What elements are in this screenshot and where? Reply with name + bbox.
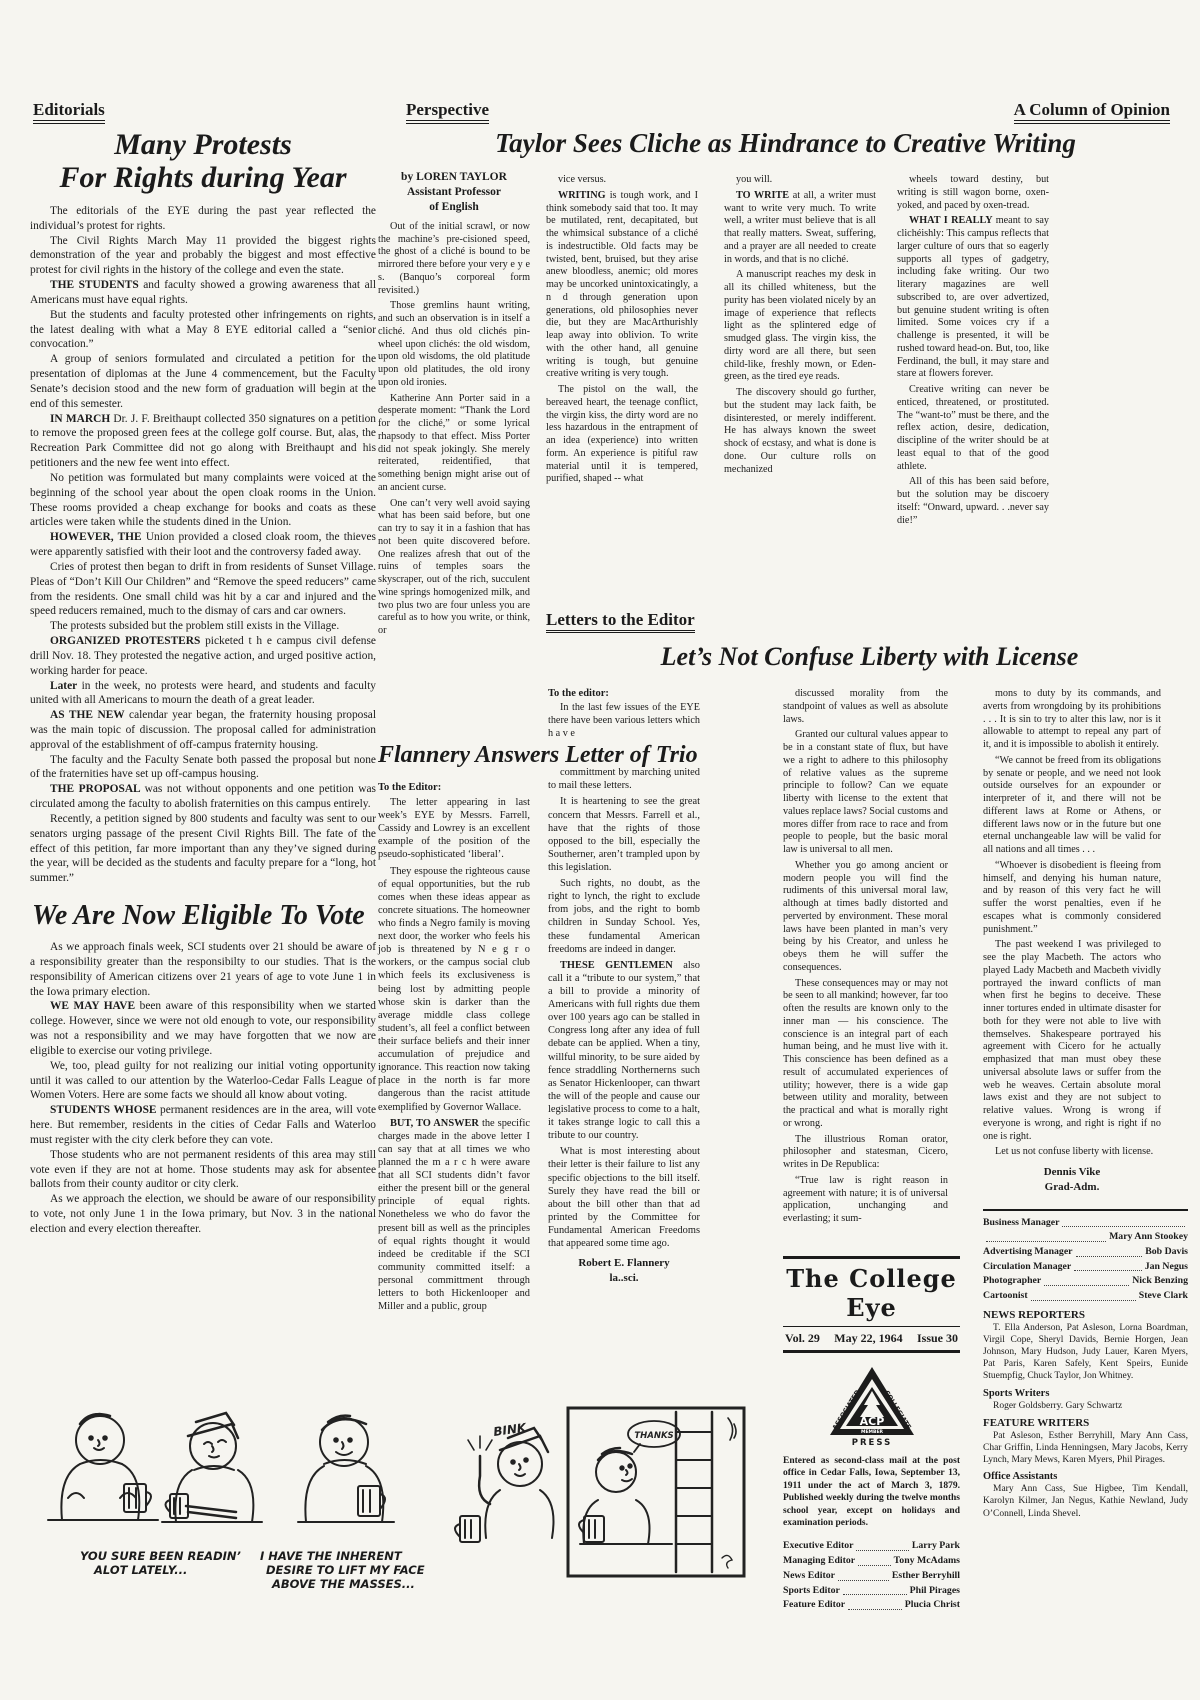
text-line: For Rights during Year <box>30 161 376 194</box>
editorial1-body: The editorials of the EYE during the pas… <box>30 204 376 886</box>
taylor-column-2: vice versus.WRITING is tough work, and I… <box>546 174 698 489</box>
staff-leader-row: Sports EditorPhil Pirages <box>783 1584 960 1599</box>
news-reporters-names: T. Ella Anderson, Pat Asleson, Lorna Boa… <box>983 1322 1188 1383</box>
masthead-box: The College Eye Vol. 29 May 22, 1964 Iss… <box>783 1256 960 1353</box>
sports-writers-names: Roger Goldsberry. Gary Schwartz <box>983 1400 1188 1412</box>
taylor-column-4: wheels toward destiny, but writing is st… <box>897 174 1049 530</box>
flannery-column-1-text: The letter appearing in last week’s EYE … <box>378 796 530 1313</box>
paragraph: A group of seniors formulated and circul… <box>30 352 376 411</box>
paragraph: In the last few issues of the EYE there … <box>548 702 700 740</box>
paragraph: The pistol on the wall, the bereaved hea… <box>546 384 698 486</box>
flannery-column-2: committment by marching united to mail t… <box>548 766 700 1286</box>
sports-writers-label: Sports Writers <box>983 1388 1188 1399</box>
staff-leader-row: Executive EditorLarry Park <box>783 1539 960 1554</box>
paragraph: you will. <box>724 174 876 187</box>
taylor-byline: by LOREN TAYLORAssistant Professorof Eng… <box>378 170 530 215</box>
paragraph: STUDENTS WHOSE permanent residences are … <box>30 1103 376 1147</box>
paragraph: What is most interesting about their let… <box>548 1145 700 1250</box>
paragraph: No petition was formulated but many comp… <box>30 471 376 530</box>
office-assistants-label: Office Assistants <box>983 1471 1188 1482</box>
editorial2-body: As we approach finals week, SCI students… <box>30 940 376 1237</box>
text-line: Dennis Vike <box>983 1165 1161 1180</box>
paragraph: The protests subsided but the problem st… <box>30 619 376 634</box>
paragraph: As we approach the election, we should b… <box>30 1192 376 1236</box>
text-line: la..sci. <box>548 1271 700 1286</box>
staff-leader-row: Circulation ManagerJan Negus <box>983 1260 1188 1275</box>
paragraph: THESE GENTLEMEN also call it a “tribute … <box>548 959 700 1143</box>
svg-text:I HAVE THE INHERENT: I HAVE THE INHERENT <box>260 1549 403 1563</box>
editorial2-headline: We Are Now Eligible To Vote <box>32 900 376 932</box>
paragraph: All of this has been said before, but th… <box>897 476 1049 527</box>
editorials-column: Many ProtestsFor Rights during Year The … <box>30 128 376 1237</box>
paragraph: Those gremlins haunt writing, and such a… <box>378 300 530 389</box>
paragraph: ORGANIZED PROTESTERS picketed t h e camp… <box>30 634 376 678</box>
paragraph: As we approach finals week, SCI students… <box>30 940 376 999</box>
comic-panel: THANKS <box>568 1408 744 1576</box>
paragraph: vice versus. <box>546 174 698 187</box>
paragraph: Whether you go among ancient or modern p… <box>783 860 948 975</box>
paragraph: We, too, plead guilty for not realizing … <box>30 1059 376 1103</box>
text-line: Assistant Professor <box>378 185 530 200</box>
letters-to-editor-label: Letters to the Editor <box>546 610 695 630</box>
svg-text:ABOVE THE MASSES...: ABOVE THE MASSES... <box>271 1577 415 1591</box>
paragraph: THE STUDENTS and faculty showed a growin… <box>30 278 376 308</box>
paragraph: The Civil Rights March May 11 provided t… <box>30 234 376 278</box>
section-label-editorials: Editorials <box>33 100 105 120</box>
newspaper-name: The College Eye <box>783 1264 960 1322</box>
newspaper-page: Editorials Perspective A Column of Opini… <box>0 0 1200 1700</box>
flannery-column-1: To the Editor: The letter appearing in l… <box>378 782 530 1316</box>
section-label-perspective: Perspective <box>406 100 489 120</box>
paragraph: mons to duty by its commands, and averts… <box>983 688 1161 752</box>
staff-leader-row: Feature EditorPlucia Christ <box>783 1598 960 1613</box>
masthead-rule <box>783 1326 960 1327</box>
paragraph: The illustrious Roman orator, philosophe… <box>783 1134 948 1172</box>
volume-line: Vol. 29 May 22, 1964 Issue 30 <box>783 1331 960 1346</box>
paragraph: “We cannot be freed from its obligations… <box>983 755 1161 857</box>
issue-date: May 22, 1964 <box>834 1331 902 1346</box>
paragraph: The past weekend I was privileged to see… <box>983 939 1161 1143</box>
comic-figure-bink: BINK <box>455 1420 554 1542</box>
paragraph: Cries of protest then began to drift in … <box>30 560 376 619</box>
paragraph: But the students and faculty protested o… <box>30 308 376 352</box>
flannery-signature: Robert E. Flanneryla..sci. <box>548 1256 700 1286</box>
paragraph: A manuscript reaches my desk in all its … <box>724 269 876 384</box>
comic-figure-1 <box>48 1414 158 1520</box>
paragraph: The discovery should go further, but the… <box>724 387 876 476</box>
paragraph: They espouse the righteous cause of equa… <box>378 865 530 1114</box>
managers-list: Business ManagerMary Ann StookeyAdvertis… <box>983 1216 1188 1304</box>
issue-number: Issue 30 <box>917 1331 958 1346</box>
paragraph: Later in the week, no protests were hear… <box>30 679 376 709</box>
paragraph: The letter appearing in last week’s EYE … <box>378 796 530 862</box>
paragraph: WRITING is tough work, and I think someb… <box>546 190 698 381</box>
volume-number: Vol. 29 <box>785 1331 820 1346</box>
letters-column-1-text: In the last few issues of the EYE there … <box>548 702 700 740</box>
paragraph: HOWEVER, THE Union provided a closed clo… <box>30 530 376 560</box>
staff-leader-row: CartoonistSteve Clark <box>983 1289 1188 1304</box>
paragraph: committment by marching united to mail t… <box>548 766 700 792</box>
letters-column-3: mons to duty by its commands, and averts… <box>983 688 1161 1520</box>
editorial1-headline: Many ProtestsFor Rights during Year <box>30 128 376 194</box>
masthead-block: The College Eye Vol. 29 May 22, 1964 Iss… <box>783 1256 960 1613</box>
staff-leader-row: PhotographerNick Benzing <box>983 1274 1188 1289</box>
comic-strip: BINK THANKS YOU SURE BEEN READIN’ ALOT L… <box>28 1398 750 1648</box>
taylor-column-1: by LOREN TAYLORAssistant Professorof Eng… <box>378 170 530 641</box>
entered-notice: Entered as second-class mail at the post… <box>783 1455 960 1530</box>
letters-column-2: discussed morality from the standpoint o… <box>783 688 948 1613</box>
paragraph: One can’t very well avoid saying what ha… <box>378 498 530 638</box>
taylor-column-1-text: Out of the initial scrawl, or now the ma… <box>378 221 530 638</box>
paragraph: “True law is right reason in agreement w… <box>783 1175 948 1226</box>
paragraph: AS THE NEW calendar year began, the frat… <box>30 708 376 752</box>
svg-text:ALOT LATELY...: ALOT LATELY... <box>93 1563 187 1577</box>
letters-column-3-text: mons to duty by its commands, and averts… <box>983 688 1161 1159</box>
feature-writers-names: Pat Asleson, Esther Berryhill, Mary Ann … <box>983 1430 1188 1466</box>
acp-press-logo-icon: ACP ASSOCIATED COLLEGIATE MEMBER PRESS <box>826 1363 918 1449</box>
paragraph: discussed morality from the standpoint o… <box>783 688 948 726</box>
paragraph: Out of the initial scrawl, or now the ma… <box>378 221 530 298</box>
flannery-salutation: To the Editor: <box>378 782 530 793</box>
paragraph: Recently, a petition signed by 800 stude… <box>30 812 376 886</box>
comic-figure-2 <box>162 1413 262 1522</box>
paragraph: BUT, TO ANSWER the specific charges made… <box>378 1117 530 1314</box>
staff-leader-row: Advertising ManagerBob Davis <box>983 1245 1188 1260</box>
paragraph: WHAT I REALLY meant to say clichéishly: … <box>897 215 1049 381</box>
text-line: by LOREN TAYLOR <box>378 170 530 185</box>
staff-leader-row: News EditorEsther Berryhill <box>783 1569 960 1584</box>
paragraph: The editorials of the EYE during the pas… <box>30 204 376 234</box>
svg-text:DESIRE TO LIFT MY FACE: DESIRE TO LIFT MY FACE <box>266 1563 425 1577</box>
paragraph: These consequences may or may not be see… <box>783 978 948 1131</box>
paragraph: THE PROPOSAL was not without opponents a… <box>30 782 376 812</box>
paragraph: Such rights, no doubt, as the right to l… <box>548 877 700 956</box>
svg-text:BINK: BINK <box>492 1420 528 1439</box>
text-line: of English <box>378 200 530 215</box>
paragraph: WE MAY HAVE been aware of this responsib… <box>30 999 376 1058</box>
taylor-column-3: you will.TO WRITE at all, a writer must … <box>724 174 876 479</box>
letters-headline: Let’s Not Confuse Liberty with License <box>546 642 1193 672</box>
paragraph: wheels toward destiny, but writing is st… <box>897 174 1049 212</box>
staff-leader-row: Business Manager <box>983 1216 1188 1231</box>
letters-salutation: To the editor: <box>548 688 700 699</box>
text-line: Many Protests <box>30 128 376 161</box>
editors-list: Executive EditorLarry ParkManaging Edito… <box>783 1539 960 1612</box>
taylor-headline: Taylor Sees Cliche as Hindrance to Creat… <box>378 128 1193 159</box>
svg-text:PRESS: PRESS <box>851 1438 891 1448</box>
paragraph: IN MARCH Dr. J. F. Breithaupt collected … <box>30 412 376 471</box>
letter-signature: Dennis VikeGrad-Adm. <box>983 1165 1161 1195</box>
flannery-column-2-text: committment by marching united to mail t… <box>548 766 700 1250</box>
letters-column-1: To the editor: In the last few issues of… <box>548 688 700 1286</box>
svg-text:YOU SURE BEEN READIN’: YOU SURE BEEN READIN’ <box>80 1549 242 1563</box>
paragraph: The faculty and the Faculty Senate both … <box>30 753 376 783</box>
news-reporters-label: NEWS REPORTERS <box>983 1309 1188 1321</box>
paragraph: Those students who are not permanent res… <box>30 1148 376 1192</box>
paragraph: “Whoever is disobedient is fleeing from … <box>983 860 1161 937</box>
comic-captions: YOU SURE BEEN READIN’ ALOT LATELY... I H… <box>80 1549 425 1591</box>
text-line: Robert E. Flannery <box>548 1256 700 1271</box>
letters-column-2-text: discussed morality from the standpoint o… <box>783 688 948 1226</box>
staff-leader-row: Mary Ann Stookey <box>983 1230 1188 1245</box>
svg-text:MEMBER: MEMBER <box>861 1429 884 1435</box>
comic-figure-3 <box>298 1416 394 1522</box>
office-assistants-names: Mary Ann Cass, Sue Higbee, Tim Kendall, … <box>983 1483 1188 1519</box>
paragraph: Let us not confuse liberty with license. <box>983 1146 1161 1159</box>
section-label-column-of-opinion: A Column of Opinion <box>1014 100 1170 120</box>
paragraph: Creative writing can never be enticed, t… <box>897 384 1049 473</box>
svg-text:ACP: ACP <box>859 1415 884 1428</box>
feature-writers-label: FEATURE WRITERS <box>983 1417 1188 1429</box>
paragraph: It is heartening to see the great concer… <box>548 795 700 874</box>
staff-leader-row: Managing EditorTony McAdams <box>783 1554 960 1569</box>
svg-text:THANKS: THANKS <box>634 1431 673 1441</box>
paragraph: TO WRITE at all, a writer must want to w… <box>724 190 876 267</box>
staff-box: Business ManagerMary Ann StookeyAdvertis… <box>983 1209 1188 1520</box>
paragraph: Granted our cultural values appear to be… <box>783 729 948 857</box>
text-line: Grad-Adm. <box>983 1180 1161 1195</box>
paragraph: Katherine Ann Porter said in a desperate… <box>378 393 530 495</box>
